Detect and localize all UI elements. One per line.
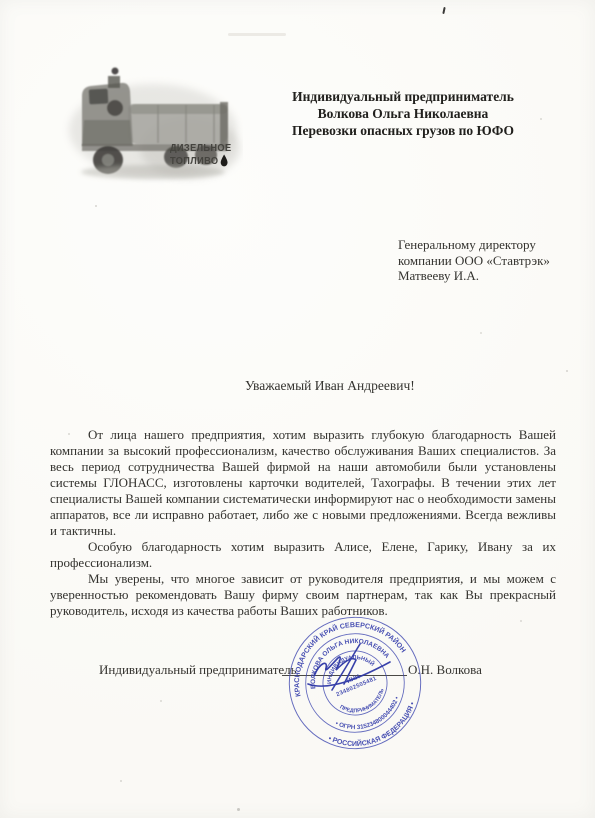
salutation: Уважаемый Иван Андреевич! [245,378,415,394]
scan-speck [520,620,522,622]
scan-speck [95,205,97,207]
body-paragraph-2: Особую благодарность хотим выразить Алис… [50,539,556,571]
header-line-entrepreneur: Индивидуальный предприниматель [287,88,519,105]
logo-caption-line1: ДИЗЕЛЬНОЕ [170,143,232,154]
scan-speck [480,332,482,334]
letter-page: ДИЗЕЛЬНОЕ ТОПЛИВО Индивидуальный предпри… [0,0,595,818]
letterhead-header: Индивидуальный предприниматель Волкова О… [287,88,519,139]
body-paragraph-1: От лица нашего предприятия, хотим вырази… [50,427,556,539]
header-line-services: Перевозки опасных грузов по ЮФО [287,122,519,139]
letter-body: От лица нашего предприятия, хотим вырази… [50,427,556,619]
scan-speck [237,808,240,811]
logo-caption-line2: ТОПЛИВО [170,155,218,167]
addressee-company: компании ООО «Ставтрэк» [398,253,550,269]
scan-speck [160,700,162,702]
truck-cab [82,68,133,147]
handwritten-signature [302,634,402,696]
scan-speck [540,118,542,120]
scan-speck [68,433,70,435]
oil-drop-icon [220,154,228,170]
body-paragraph-3: Мы уверены, что многое зависит от руково… [50,571,556,619]
scan-speck [120,780,122,782]
scan-speck [442,7,445,14]
scan-speck [566,370,568,372]
addressee-block: Генеральному директору компании ООО «Ста… [398,237,550,284]
logo-caption: ДИЗЕЛЬНОЕ ТОПЛИВО [170,143,232,170]
header-line-name: Волкова Ольга Николаевна [287,105,519,122]
fuel-tanker-truck-image [58,58,243,193]
addressee-person: Матвееву И.А. [398,268,550,284]
addressee-position: Генеральному директору [398,237,550,253]
letterhead-logo [58,58,243,193]
scan-smudge [228,33,286,36]
signature-label: Индивидуальный предприниматель [99,662,297,678]
